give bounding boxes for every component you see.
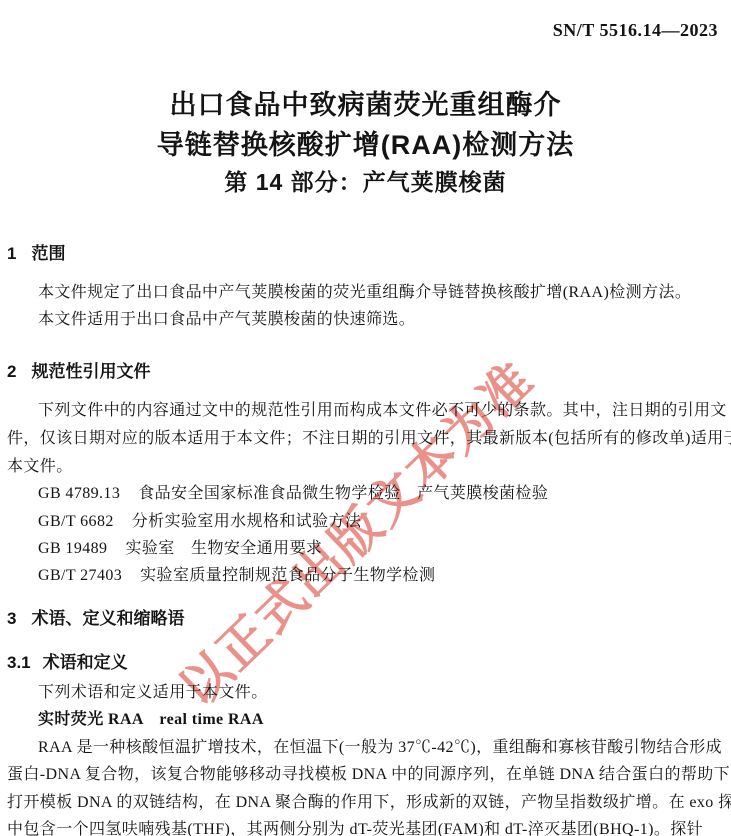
normative-refs-intro-line-2: 件，仅该日期对应的版本适用于本文件；不注日期的引用文件，其最新版本(包括所有的修…	[7, 429, 731, 449]
reference-code: GB/T 6682	[38, 513, 114, 530]
normative-refs-intro-line-3: 本文件。	[7, 457, 73, 477]
section-2-title: 规范性引用文件	[31, 362, 150, 381]
reference-title: 分析实验室用水规格和试验方法	[132, 513, 362, 530]
reference-code: GB 19489	[38, 540, 107, 557]
reference-title: 实验室 生物安全通用要求	[125, 540, 322, 557]
title-line-3: 第 14 部分：产气荚膜梭菌	[0, 165, 731, 200]
term-definition-line-3: 打开模板 DNA 的双链结构，在 DNA 聚合酶的作用下，形成新的双链，产物呈指…	[7, 793, 731, 813]
title-line-2: 导链替换核酸扩增(RAA)检测方法	[0, 125, 731, 165]
section-1-title: 范围	[31, 244, 65, 263]
terms-intro: 下列术语和定义适用于本文件。	[38, 683, 268, 703]
reference-item-3: GB 19489实验室 生物安全通用要求	[38, 539, 322, 559]
reference-item-2: GB/T 6682分析实验室用水规格和试验方法	[38, 512, 361, 532]
section-1-number: 1	[7, 244, 16, 263]
reference-code: GB 4789.13	[38, 485, 120, 502]
reference-item-1: GB 4789.13食品安全国家标准食品微生物学检验 产气荚膜梭菌检验	[38, 484, 548, 504]
section-3-number: 3	[7, 609, 16, 628]
section-2-heading: 2规范性引用文件	[7, 361, 150, 383]
document-page: 以正式出版文本为准 SN/T 5516.14—2023 出口食品中致病菌荧光重组…	[0, 0, 731, 836]
reference-item-4: GB/T 27403实验室质量控制规范食品分子生物学检测	[38, 566, 435, 586]
normative-refs-intro-line-1: 下列文件中的内容通过文中的规范性引用而构成本文件必不可少的条款。其中，注日期的引…	[38, 401, 727, 421]
section-3-title: 术语、定义和缩略语	[31, 609, 184, 628]
reference-title: 食品安全国家标准食品微生物学检验 产气荚膜梭菌检验	[138, 485, 548, 502]
reference-code: GB/T 27403	[38, 567, 122, 584]
section-3-1-heading: 3.1术语和定义	[7, 652, 128, 674]
scope-paragraph-2: 本文件适用于出口食品中产气荚膜梭菌的快速筛选。	[38, 310, 415, 330]
section-3-1-title: 术语和定义	[43, 653, 128, 672]
section-2-number: 2	[7, 362, 16, 381]
term-definition-line-4: 中包含一个四氢呋喃残基(THF)，其两侧分别为 dT-荧光基团(FAM)和 dT…	[7, 820, 703, 836]
title-line-1: 出口食品中致病菌荧光重组酶介	[0, 85, 731, 125]
section-1-heading: 1范围	[7, 243, 65, 265]
term-definition-line-2: 蛋白-DNA 复合物，该复合物能够移动寻找模板 DNA 中的同源序列，在单链 D…	[7, 765, 731, 785]
reference-title: 实验室质量控制规范食品分子生物学检测	[140, 567, 435, 584]
scope-paragraph-1: 本文件规定了出口食品中产气荚膜梭菌的荧光重组酶介导链替换核酸扩增(RAA)检测方…	[38, 283, 691, 303]
term-definition-line-1: RAA 是一种核酸恒温扩增技术，在恒温下(一般为 37℃-42℃)，重组酶和寡核…	[38, 738, 722, 758]
document-title: 出口食品中致病菌荧光重组酶介 导链替换核酸扩增(RAA)检测方法 第 14 部分…	[0, 85, 731, 200]
standard-number: SN/T 5516.14—2023	[553, 20, 718, 41]
section-3-heading: 3术语、定义和缩略语	[7, 608, 184, 630]
term-name: 实时荧光 RAA real time RAA	[38, 710, 264, 730]
section-3-1-number: 3.1	[7, 653, 31, 672]
